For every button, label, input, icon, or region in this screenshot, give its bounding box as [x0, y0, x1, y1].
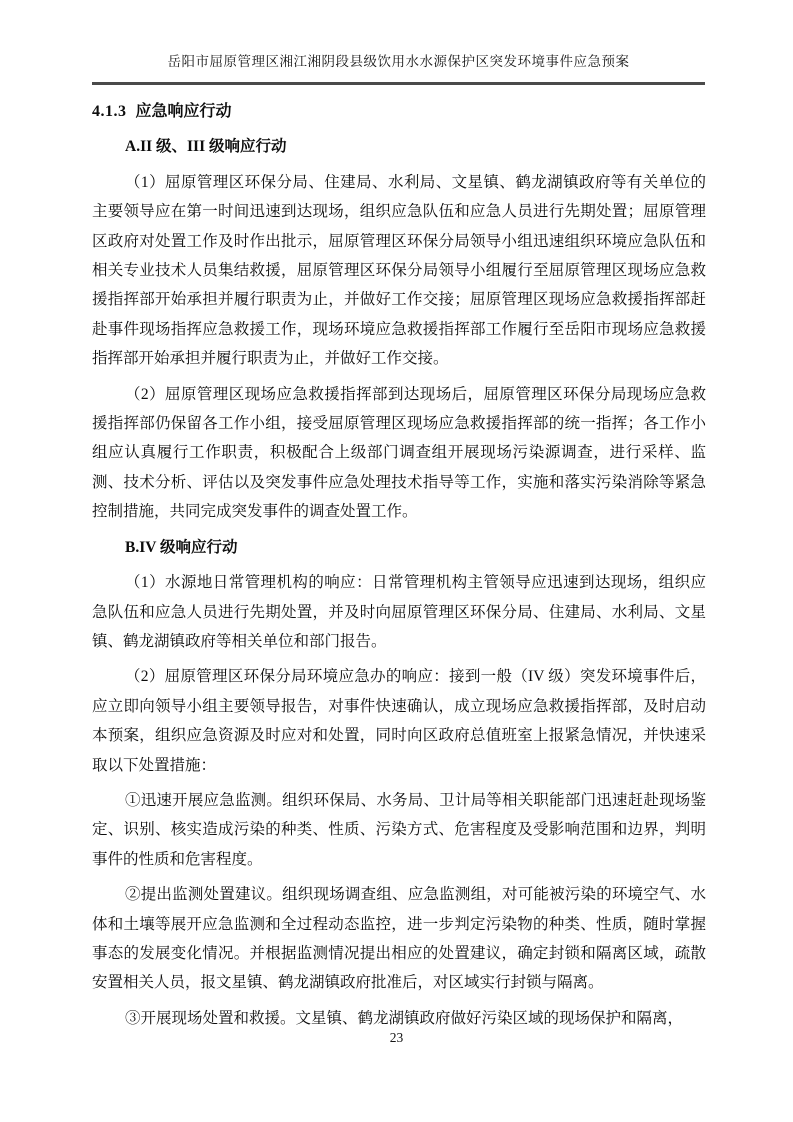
paragraph-a2: （2）屈原管理区现场应急救援指挥部到达现场后，屈原管理区环保分局现场应急救援指挥… [92, 380, 706, 527]
paragraph-b1: （1）水源地日常管理机构的响应：日常管理机构主管领导应迅速到达现场，组织应急队伍… [92, 568, 706, 656]
running-header: 岳阳市屈原管理区湘江湘阴段县级饮用水水源保护区突发环境事件应急预案 [92, 53, 705, 71]
paragraph-b2: （2）屈原管理区环保分局环境应急办的响应：接到一般（IV 级）突发环境事件后，应… [92, 662, 706, 780]
header-rule [92, 82, 705, 85]
paragraph-a1: （1）屈原管理区环保分局、住建局、水利局、文星镇、鹤龙湖镇政府等有关单位的主要领… [92, 168, 706, 374]
subsection-b-heading: B.IV 级响应行动 [92, 533, 706, 562]
page-number: 23 [0, 1029, 793, 1047]
section-title: 应急响应行动 [136, 103, 232, 120]
paragraph-b4: ②提出监测处置建议。组织现场调查组、应急监测组，对可能被污染的环境空气、水体和土… [92, 880, 706, 998]
subsection-a-heading: A.II 级、III 级响应行动 [92, 132, 706, 161]
document-page: 岳阳市屈原管理区湘江湘阴段县级饮用水水源保护区突发环境事件应急预案 4.1.3应… [0, 0, 793, 1122]
section-heading: 4.1.3应急响应行动 [92, 97, 706, 126]
section-number: 4.1.3 [92, 103, 127, 120]
document-content: 4.1.3应急响应行动 A.II 级、III 级响应行动 （1）屈原管理区环保分… [92, 97, 706, 1039]
paragraph-b3: ①迅速开展应急监测。组织环保局、水务局、卫计局等相关职能部门迅速赶赴现场鉴定、识… [92, 786, 706, 874]
